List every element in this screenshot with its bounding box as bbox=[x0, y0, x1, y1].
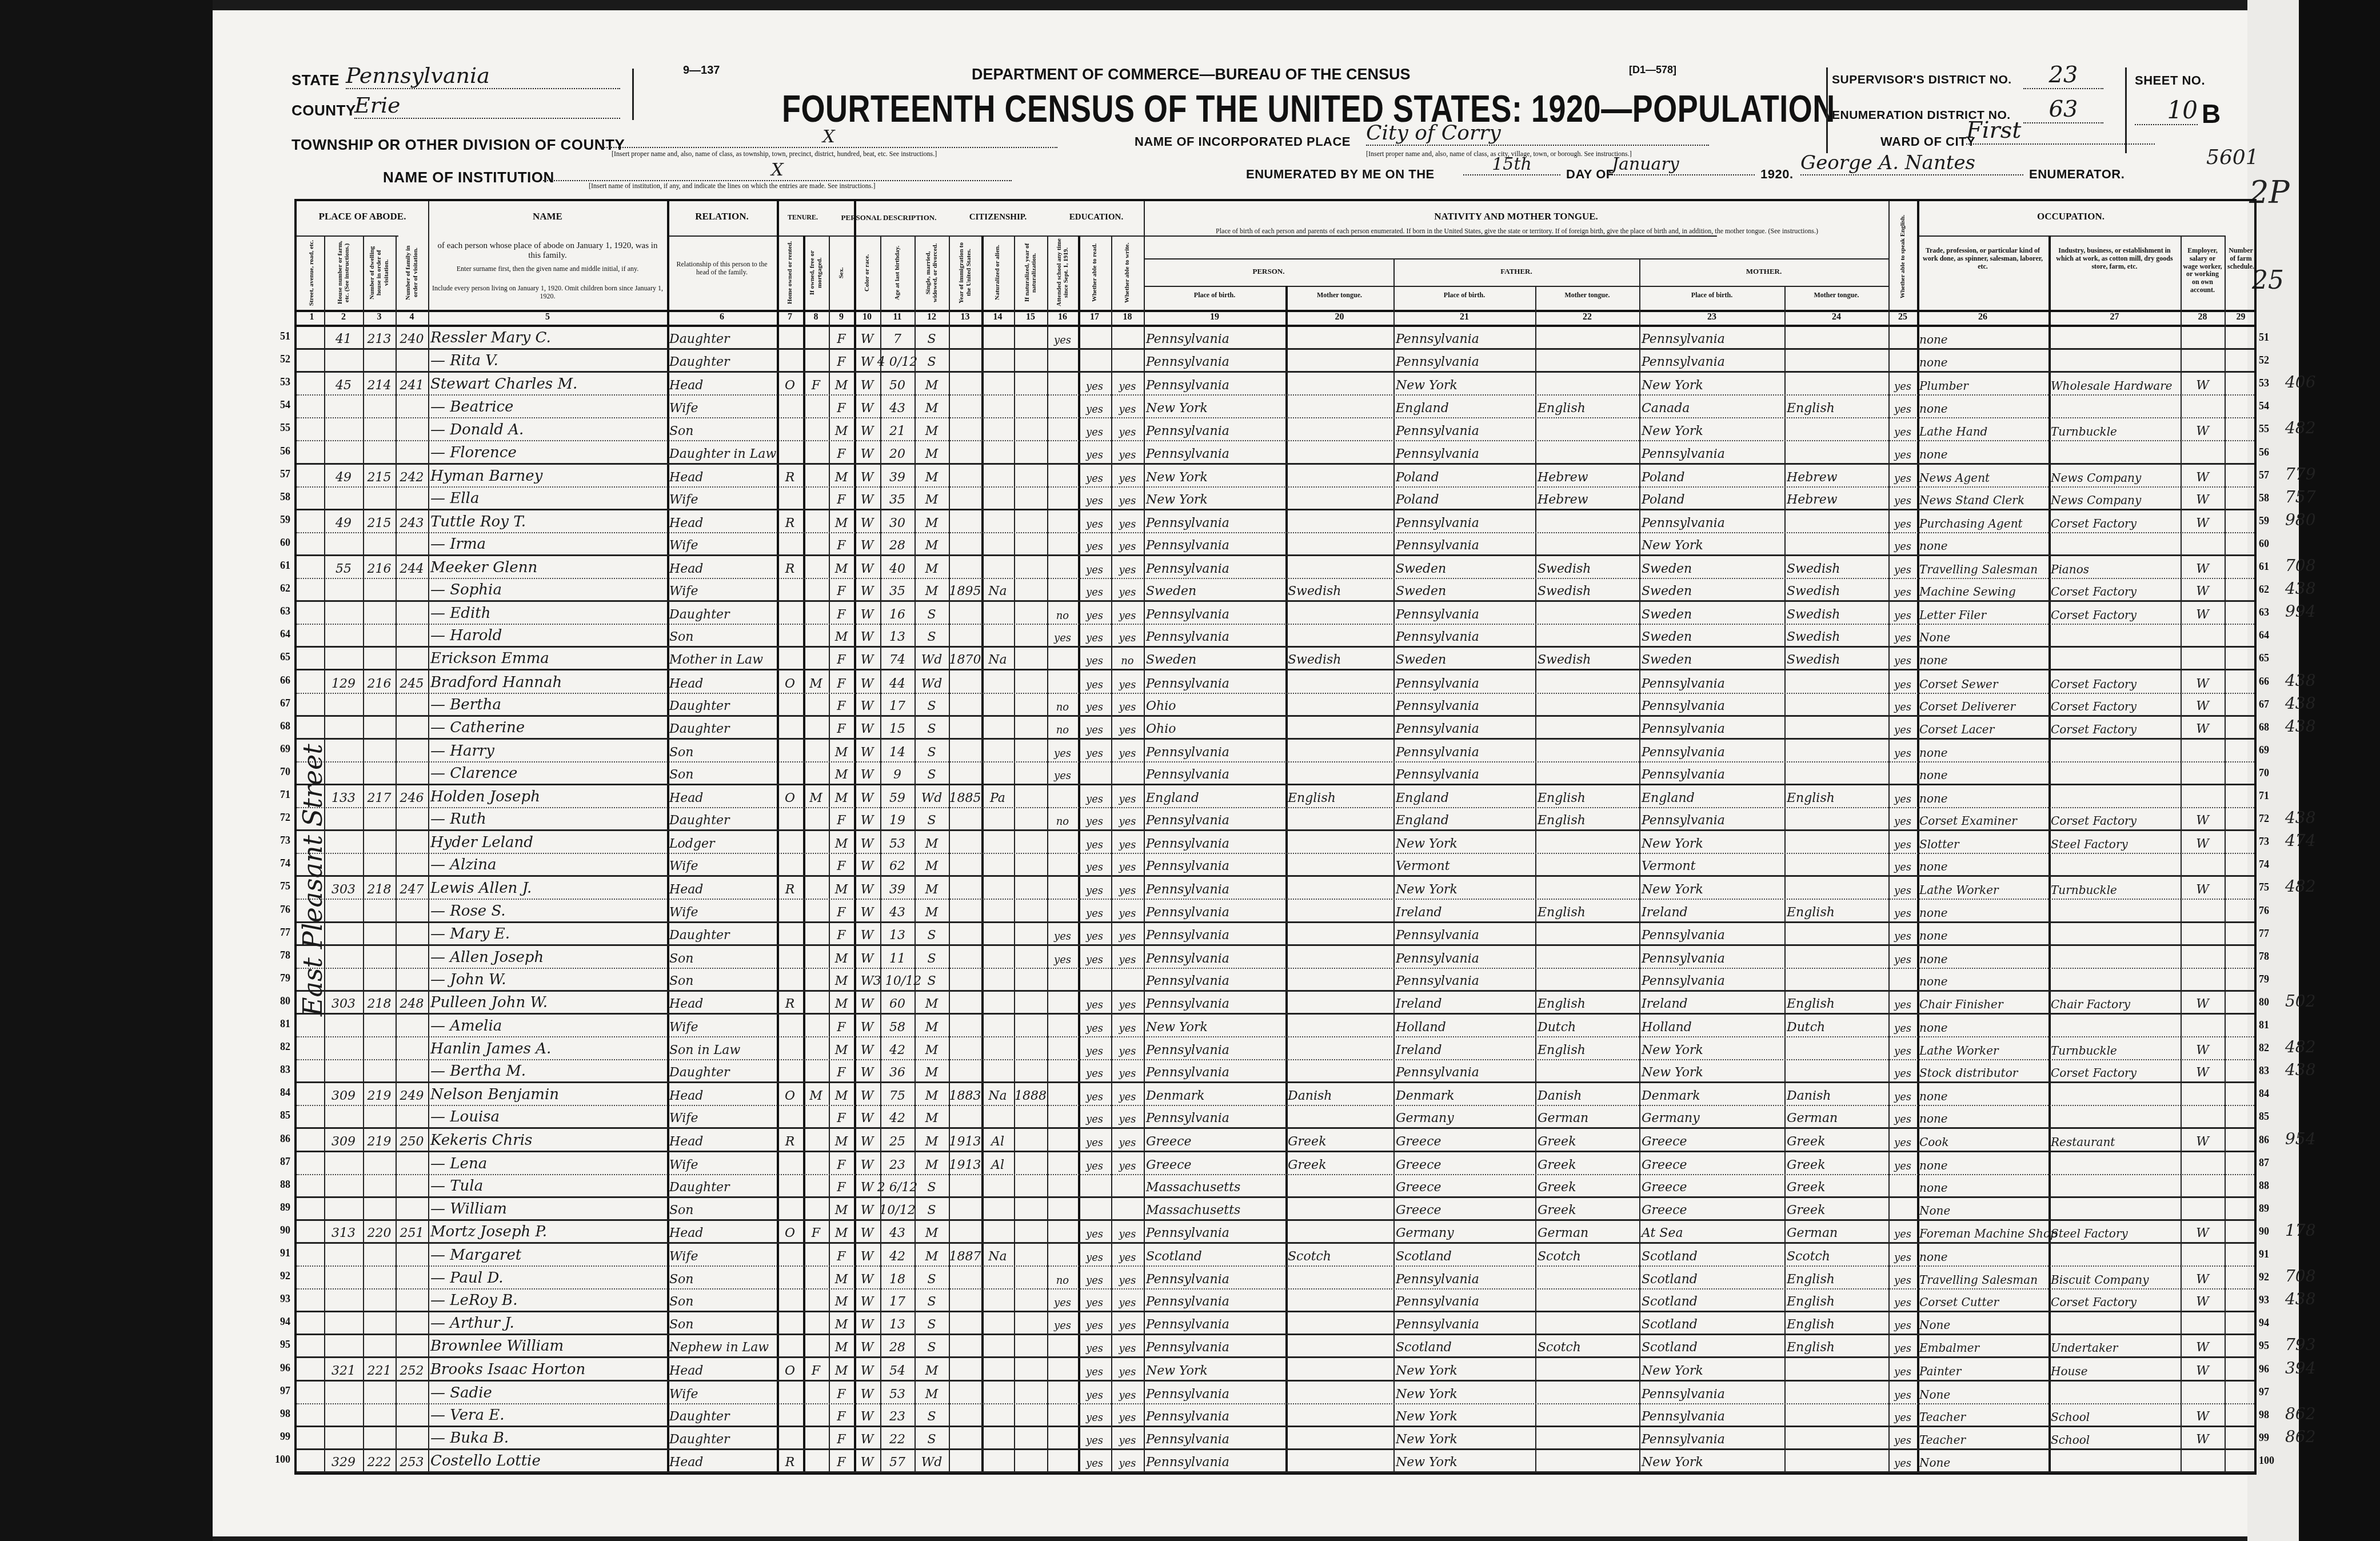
cell-read bbox=[1078, 969, 1111, 990]
cell-ms: S bbox=[915, 762, 949, 784]
cell-sex: F bbox=[829, 671, 854, 693]
cell-read: yes bbox=[1078, 510, 1111, 532]
cell-natyr: 1888 bbox=[1014, 1083, 1047, 1105]
cell-read: yes bbox=[1078, 1015, 1111, 1036]
column-header-29: Number of farm schedule. bbox=[2227, 247, 2255, 270]
cell-fmt bbox=[1535, 923, 1639, 944]
cell-mt bbox=[1285, 442, 1393, 463]
cell-fmt bbox=[1535, 1382, 1639, 1403]
cell-mpob: Pennsylvania bbox=[1639, 1404, 1784, 1426]
cell-fpob: Pennsylvania bbox=[1393, 946, 1535, 968]
cell-fpob: England bbox=[1393, 785, 1535, 807]
cell-school bbox=[1047, 1335, 1078, 1356]
cell-family bbox=[396, 1382, 428, 1403]
cell-mort bbox=[803, 1404, 829, 1426]
cell-mpob: Vermont bbox=[1639, 854, 1784, 875]
cell-mt: Swedish bbox=[1285, 579, 1393, 600]
cell-mort bbox=[803, 946, 829, 968]
cell-pob: Pennsylvania bbox=[1144, 1037, 1285, 1059]
cell-write: yes bbox=[1111, 418, 1144, 440]
cell-race: W bbox=[854, 442, 880, 463]
cell-dwelling bbox=[363, 533, 396, 554]
cell-family: 240 bbox=[396, 327, 428, 348]
cell-mpob: Sweden bbox=[1639, 602, 1784, 624]
supervisor-district-value: 23 bbox=[2023, 62, 2103, 89]
cell-mmt: German bbox=[1784, 1221, 1888, 1242]
day-of-label: DAY OF bbox=[1566, 167, 1614, 182]
cell-nat bbox=[981, 1382, 1014, 1403]
cell-house bbox=[324, 1335, 363, 1356]
cell-ms: M bbox=[915, 1037, 949, 1059]
cell-pob: Pennsylvania bbox=[1144, 854, 1285, 875]
cell-sex: F bbox=[829, 1106, 854, 1127]
form-code: [D1—578] bbox=[1629, 64, 1676, 76]
cell-mt bbox=[1285, 740, 1393, 761]
cell-school bbox=[1047, 1015, 1078, 1036]
cell-sex: M bbox=[829, 946, 854, 968]
cell-natyr bbox=[1014, 465, 1047, 486]
cell-house bbox=[324, 854, 363, 875]
cell-mpob: New York bbox=[1639, 1060, 1784, 1081]
cell-ind bbox=[2048, 1175, 2181, 1196]
cell-cls: W bbox=[2181, 556, 2225, 578]
cell-name: — Irma bbox=[428, 533, 667, 554]
cell-nat bbox=[981, 373, 1014, 394]
cell-read: yes bbox=[1078, 808, 1111, 829]
cell-occ: none bbox=[1917, 396, 2048, 417]
cell-mt: Swedish bbox=[1285, 648, 1393, 669]
cell-fmt: Swedish bbox=[1535, 579, 1639, 600]
cell-cls: W bbox=[2181, 579, 2225, 600]
cell-write: yes bbox=[1111, 923, 1144, 944]
cell-family bbox=[396, 831, 428, 853]
cell-cls bbox=[2181, 1312, 2225, 1334]
cell-sex: M bbox=[829, 625, 854, 646]
cell-house: 309 bbox=[324, 1129, 363, 1151]
cell-mort: F bbox=[803, 373, 829, 394]
cell-occ: None bbox=[1917, 1312, 2048, 1334]
cell-pob: Pennsylvania bbox=[1144, 1060, 1285, 1081]
cell-house bbox=[324, 808, 363, 829]
cell-occ: Teacher bbox=[1917, 1404, 2048, 1426]
cell-dwelling bbox=[363, 900, 396, 921]
cell-race: W bbox=[854, 1129, 880, 1151]
enumerator-label: ENUMERATOR. bbox=[2029, 167, 2125, 182]
cell-mmt bbox=[1784, 717, 1888, 738]
line-number-right: 56 bbox=[2259, 446, 2284, 458]
line-number-left: 64 bbox=[267, 628, 290, 640]
group-header-personal-description: PERSONAL DESCRIPTION. bbox=[829, 214, 949, 222]
cell-name: — Amelia bbox=[428, 1015, 667, 1036]
census-year: 1920. bbox=[1760, 167, 1794, 182]
column-number-22: 22 bbox=[1535, 312, 1639, 325]
cell-mmt bbox=[1784, 418, 1888, 440]
line-number-right: 62 bbox=[2259, 584, 2284, 596]
sheet-number-label: SHEET NO. bbox=[2135, 73, 2205, 88]
cell-eng: yes bbox=[1888, 785, 1917, 807]
line-number-right: 95 bbox=[2259, 1340, 2284, 1352]
cell-write: yes bbox=[1111, 1037, 1144, 1059]
cell-house bbox=[324, 1106, 363, 1127]
cell-mmt: Hebrew bbox=[1784, 465, 1888, 486]
cell-occ: Lathe Worker bbox=[1917, 1037, 2048, 1059]
cell-nat bbox=[981, 1404, 1014, 1426]
cell-eng: yes bbox=[1888, 556, 1917, 578]
state-value: Pennsylvania bbox=[346, 63, 620, 89]
table-row: — SadieWifeFW53MyesyesPennsylvaniaNew Yo… bbox=[297, 1382, 2254, 1404]
line-number-left: 72 bbox=[267, 812, 290, 824]
cell-mpob: Pennsylvania bbox=[1639, 717, 1784, 738]
cell-own bbox=[777, 442, 803, 463]
table-row: — Donald A.SonMW21MyesyesPennsylvaniaPen… bbox=[297, 418, 2254, 441]
cell-read: yes bbox=[1078, 465, 1111, 486]
cell-race: W bbox=[854, 1060, 880, 1081]
cell-ms: M bbox=[915, 1152, 949, 1174]
cell-read: yes bbox=[1078, 602, 1111, 624]
cell-nat bbox=[981, 488, 1014, 509]
cell-name: Stewart Charles M. bbox=[428, 373, 667, 394]
cell-mmt: Danish bbox=[1784, 1083, 1888, 1105]
cell-ind: Steel Factory bbox=[2048, 1221, 2181, 1242]
cell-mort bbox=[803, 717, 829, 738]
cell-write: yes bbox=[1111, 625, 1144, 646]
cell-ind bbox=[2048, 1198, 2181, 1219]
cell-ind bbox=[2048, 1152, 2181, 1174]
enumerated-day: 15th bbox=[1463, 154, 1560, 175]
line-number-left: 83 bbox=[267, 1064, 290, 1076]
cell-race: W bbox=[854, 1015, 880, 1036]
cell-relation: Head bbox=[667, 465, 777, 486]
cell-occ: Purchasing Agent bbox=[1917, 510, 2048, 532]
occupation-code-annotation: 474 bbox=[2285, 831, 2315, 850]
cell-fpob: Germany bbox=[1393, 1221, 1535, 1242]
cell-read: yes bbox=[1078, 556, 1111, 578]
table-row: — HaroldSonMW13SyesyesyesPennsylvaniaPen… bbox=[297, 625, 2254, 648]
cell-farm bbox=[2225, 1359, 2257, 1380]
cell-own: R bbox=[777, 1129, 803, 1151]
incorporated-place-value: City of Corry bbox=[1366, 121, 1709, 146]
cell-eng: yes bbox=[1888, 510, 1917, 532]
cell-family bbox=[396, 1152, 428, 1174]
cell-ms: S bbox=[915, 1198, 949, 1219]
cell-read: yes bbox=[1078, 1267, 1111, 1288]
line-number-left: 78 bbox=[267, 949, 290, 961]
cell-read: yes bbox=[1078, 373, 1111, 394]
cell-mmt bbox=[1784, 808, 1888, 829]
cell-cls: W bbox=[2181, 465, 2225, 486]
line-number-right: 63 bbox=[2259, 606, 2284, 618]
cell-school: yes bbox=[1047, 740, 1078, 761]
cell-nat bbox=[981, 992, 1014, 1013]
cell-fpob: Holland bbox=[1393, 1015, 1535, 1036]
cell-mmt bbox=[1784, 1382, 1888, 1403]
cell-natyr bbox=[1014, 671, 1047, 693]
cell-school bbox=[1047, 465, 1078, 486]
cell-school bbox=[1047, 488, 1078, 509]
cell-mmt bbox=[1784, 854, 1888, 875]
cell-eng: yes bbox=[1888, 717, 1917, 738]
cell-race: W bbox=[854, 1404, 880, 1426]
cell-street bbox=[300, 1427, 324, 1448]
cell-mt bbox=[1285, 1382, 1393, 1403]
cell-ind: Corset Factory bbox=[2048, 717, 2181, 738]
cell-own bbox=[777, 1060, 803, 1081]
cell-cls: W bbox=[2181, 510, 2225, 532]
cell-cls bbox=[2181, 1382, 2225, 1403]
cell-ms: M bbox=[915, 831, 949, 853]
occupation-code-annotation: 438 bbox=[2285, 694, 2315, 713]
cell-mmt bbox=[1784, 946, 1888, 968]
cell-natyr bbox=[1014, 740, 1047, 761]
cell-fmt bbox=[1535, 1060, 1639, 1081]
cell-cls bbox=[2181, 1083, 2225, 1105]
cell-own bbox=[777, 854, 803, 875]
cell-fmt: English bbox=[1535, 785, 1639, 807]
cell-dwelling bbox=[363, 808, 396, 829]
cell-pob: Pennsylvania bbox=[1144, 625, 1285, 646]
cell-eng: yes bbox=[1888, 1382, 1917, 1403]
line-number-right: 82 bbox=[2259, 1042, 2284, 1054]
cell-race: W bbox=[854, 1198, 880, 1219]
cell-mmt bbox=[1784, 1404, 1888, 1426]
cell-mpob: Pennsylvania bbox=[1639, 327, 1784, 348]
line-number-left: 87 bbox=[267, 1156, 290, 1168]
cell-name: — Florence bbox=[428, 442, 667, 463]
cell-dwelling: 214 bbox=[363, 373, 396, 394]
cell-fmt bbox=[1535, 854, 1639, 875]
cell-own bbox=[777, 717, 803, 738]
cell-age: 39 bbox=[880, 465, 915, 486]
column-header-23: Place of birth. bbox=[1642, 292, 1782, 300]
cell-age: 43 bbox=[880, 396, 915, 417]
table-row: — LenaWifeFW23M1913AlyesyesGreeceGreekGr… bbox=[297, 1152, 2254, 1175]
line-number-left: 86 bbox=[267, 1133, 290, 1145]
cell-cls bbox=[2181, 740, 2225, 761]
cell-name: Holden Joseph bbox=[428, 785, 667, 807]
cell-fpob: Pennsylvania bbox=[1393, 923, 1535, 944]
cell-pob: Pennsylvania bbox=[1144, 327, 1285, 348]
cell-family: 251 bbox=[396, 1221, 428, 1242]
cell-occ: Plumber bbox=[1917, 373, 2048, 394]
street-name-annotation: East Pleasant Street bbox=[297, 657, 328, 1103]
cell-fmt bbox=[1535, 717, 1639, 738]
cell-nat bbox=[981, 1015, 1014, 1036]
line-number-right: 60 bbox=[2259, 538, 2284, 550]
cell-name: Hyder Leland bbox=[428, 831, 667, 853]
cell-occ: None bbox=[1917, 1450, 2048, 1471]
group-header-place-of-abode: PLACE OF ABODE. bbox=[297, 211, 428, 222]
cell-dwelling bbox=[363, 625, 396, 646]
cell-age: 39 bbox=[880, 877, 915, 899]
cell-mpob: New York bbox=[1639, 877, 1784, 899]
cell-name: — Bertha M. bbox=[428, 1060, 667, 1081]
cell-race: W bbox=[854, 785, 880, 807]
cell-mpob: At Sea bbox=[1639, 1221, 1784, 1242]
column-number-25: 25 bbox=[1888, 312, 1917, 325]
cell-occ: none bbox=[1917, 969, 2048, 990]
cell-age: 16 bbox=[880, 602, 915, 624]
cell-fpob: Greece bbox=[1393, 1152, 1535, 1174]
cell-house: 49 bbox=[324, 510, 363, 532]
cell-nat bbox=[981, 923, 1014, 944]
cell-mt bbox=[1285, 1198, 1393, 1219]
occupation-code-annotation: 954 bbox=[2285, 1129, 2315, 1148]
cell-fpob: England bbox=[1393, 808, 1535, 829]
cell-fmt bbox=[1535, 831, 1639, 853]
cell-house bbox=[324, 1382, 363, 1403]
cell-name: Hyman Barney bbox=[428, 465, 667, 486]
table-row: — Arthur J.SonMW13SyesyesyesPennsylvania… bbox=[297, 1312, 2254, 1335]
cell-natyr bbox=[1014, 442, 1047, 463]
line-number-left: 81 bbox=[267, 1018, 290, 1030]
cell-fpob: New York bbox=[1393, 831, 1535, 853]
cell-read: yes bbox=[1078, 533, 1111, 554]
column-number-24: 24 bbox=[1784, 312, 1888, 325]
cell-mmt bbox=[1784, 831, 1888, 853]
occupation-code-annotation: 708 bbox=[2285, 556, 2315, 575]
cell-imm: 1885 bbox=[949, 785, 981, 807]
line-number-right: 98 bbox=[2259, 1409, 2284, 1421]
cell-age: 23 bbox=[880, 1404, 915, 1426]
cell-name: Bradford Hannah bbox=[428, 671, 667, 693]
cell-farm bbox=[2225, 946, 2257, 968]
line-number-left: 76 bbox=[267, 904, 290, 916]
table-row: 313220251Mortz Joseph P.HeadOFMW43Myesye… bbox=[297, 1221, 2254, 1244]
cell-mt: Danish bbox=[1285, 1083, 1393, 1105]
cell-dwelling bbox=[363, 1312, 396, 1334]
institution-value: X bbox=[543, 160, 1012, 181]
group-header-father: FATHER. bbox=[1393, 268, 1639, 276]
cell-mpob: Sweden bbox=[1639, 579, 1784, 600]
cell-house bbox=[324, 418, 363, 440]
line-number-left: 99 bbox=[267, 1431, 290, 1443]
cell-pob: Pennsylvania bbox=[1144, 740, 1285, 761]
cell-nat bbox=[981, 1290, 1014, 1311]
column-header-19: Place of birth. bbox=[1146, 292, 1283, 300]
cell-family bbox=[396, 1335, 428, 1356]
cell-nat bbox=[981, 1060, 1014, 1081]
cell-name: Costello Lottie bbox=[428, 1450, 667, 1471]
cell-write: yes bbox=[1111, 510, 1144, 532]
line-number-right: 94 bbox=[2259, 1317, 2284, 1329]
cell-house bbox=[324, 1244, 363, 1265]
cell-write: yes bbox=[1111, 1129, 1144, 1151]
cell-read: yes bbox=[1078, 1037, 1111, 1059]
cell-race: W bbox=[854, 648, 880, 669]
table-row: — HarrySonMW14SyesyesyesPennsylvaniaPenn… bbox=[297, 740, 2254, 762]
cell-fpob: Pennsylvania bbox=[1393, 418, 1535, 440]
cell-relation: Head bbox=[667, 1359, 777, 1380]
cell-farm bbox=[2225, 854, 2257, 875]
cell-read bbox=[1078, 350, 1111, 371]
cell-sex: M bbox=[829, 1198, 854, 1219]
cell-family bbox=[396, 1312, 428, 1334]
cell-sex: M bbox=[829, 1083, 854, 1105]
cell-age: 54 bbox=[880, 1359, 915, 1380]
cell-natyr bbox=[1014, 1312, 1047, 1334]
column-number-28: 28 bbox=[2181, 312, 2225, 325]
cell-nat: Pa bbox=[981, 785, 1014, 807]
line-number-right: 73 bbox=[2259, 836, 2284, 848]
cell-dwelling bbox=[363, 1015, 396, 1036]
cell-write: yes bbox=[1111, 533, 1144, 554]
cell-occ: Slotter bbox=[1917, 831, 2048, 853]
cell-ind: Steel Factory bbox=[2048, 831, 2181, 853]
cell-own bbox=[777, 1175, 803, 1196]
cell-mpob: Greece bbox=[1639, 1152, 1784, 1174]
group-header-nativity: NATIVITY AND MOTHER TONGUE. bbox=[1144, 211, 1888, 222]
cell-ind bbox=[2048, 900, 2181, 921]
cell-mpob: Pennsylvania bbox=[1639, 1427, 1784, 1448]
cell-name: Kekeris Chris bbox=[428, 1129, 667, 1151]
cell-school bbox=[1047, 785, 1078, 807]
cell-street bbox=[300, 510, 324, 532]
cell-mort bbox=[803, 442, 829, 463]
cell-sex: F bbox=[829, 923, 854, 944]
cell-name: — Rita V. bbox=[428, 350, 667, 371]
cell-fmt bbox=[1535, 442, 1639, 463]
line-number-left: 60 bbox=[267, 537, 290, 549]
line-number-left: 56 bbox=[267, 445, 290, 457]
cell-dwelling: 217 bbox=[363, 785, 396, 807]
cell-farm bbox=[2225, 671, 2257, 693]
cell-name: — Vera E. bbox=[428, 1404, 667, 1426]
cell-natyr bbox=[1014, 1106, 1047, 1127]
cell-school: no bbox=[1047, 808, 1078, 829]
line-number-left: 71 bbox=[267, 789, 290, 801]
cell-school bbox=[1047, 1244, 1078, 1265]
line-number-left: 91 bbox=[267, 1247, 290, 1259]
cell-read: yes bbox=[1078, 671, 1111, 693]
cell-mpob: Greece bbox=[1639, 1198, 1784, 1219]
cell-ms: S bbox=[915, 946, 949, 968]
cell-race: W bbox=[854, 1335, 880, 1356]
cell-ind: Restaurant bbox=[2048, 1129, 2181, 1151]
cell-age: 62 bbox=[880, 854, 915, 875]
cell-name: Ressler Mary C. bbox=[428, 327, 667, 348]
cell-eng: yes bbox=[1888, 946, 1917, 968]
cell-street bbox=[300, 396, 324, 417]
cell-dwelling bbox=[363, 579, 396, 600]
cell-farm bbox=[2225, 969, 2257, 990]
line-number-left: 63 bbox=[267, 605, 290, 617]
cell-pob: Pennsylvania bbox=[1144, 373, 1285, 394]
cell-relation: Head bbox=[667, 785, 777, 807]
cell-mort bbox=[803, 1267, 829, 1288]
group-header-mother: MOTHER. bbox=[1639, 268, 1888, 276]
cell-school: no bbox=[1047, 717, 1078, 738]
cell-cls bbox=[2181, 1106, 2225, 1127]
cell-ms: M bbox=[915, 1359, 949, 1380]
cell-mpob: Pennsylvania bbox=[1639, 923, 1784, 944]
cell-fpob: Ireland bbox=[1393, 900, 1535, 921]
cell-mt: Greek bbox=[1285, 1152, 1393, 1174]
cell-mpob: New York bbox=[1639, 1450, 1784, 1471]
cell-natyr bbox=[1014, 1015, 1047, 1036]
cell-ind bbox=[2048, 533, 2181, 554]
cell-pob: Pennsylvania bbox=[1144, 510, 1285, 532]
cell-relation: Head bbox=[667, 992, 777, 1013]
cell-imm bbox=[949, 1198, 981, 1219]
line-number-right: 51 bbox=[2259, 332, 2284, 344]
cell-house: 303 bbox=[324, 992, 363, 1013]
cell-write: yes bbox=[1111, 1312, 1144, 1334]
cell-race: W bbox=[854, 671, 880, 693]
cell-fmt bbox=[1535, 946, 1639, 968]
cell-ind: Corset Factory bbox=[2048, 694, 2181, 715]
cell-occ: None bbox=[1917, 1382, 2048, 1403]
cell-age: 53 bbox=[880, 831, 915, 853]
